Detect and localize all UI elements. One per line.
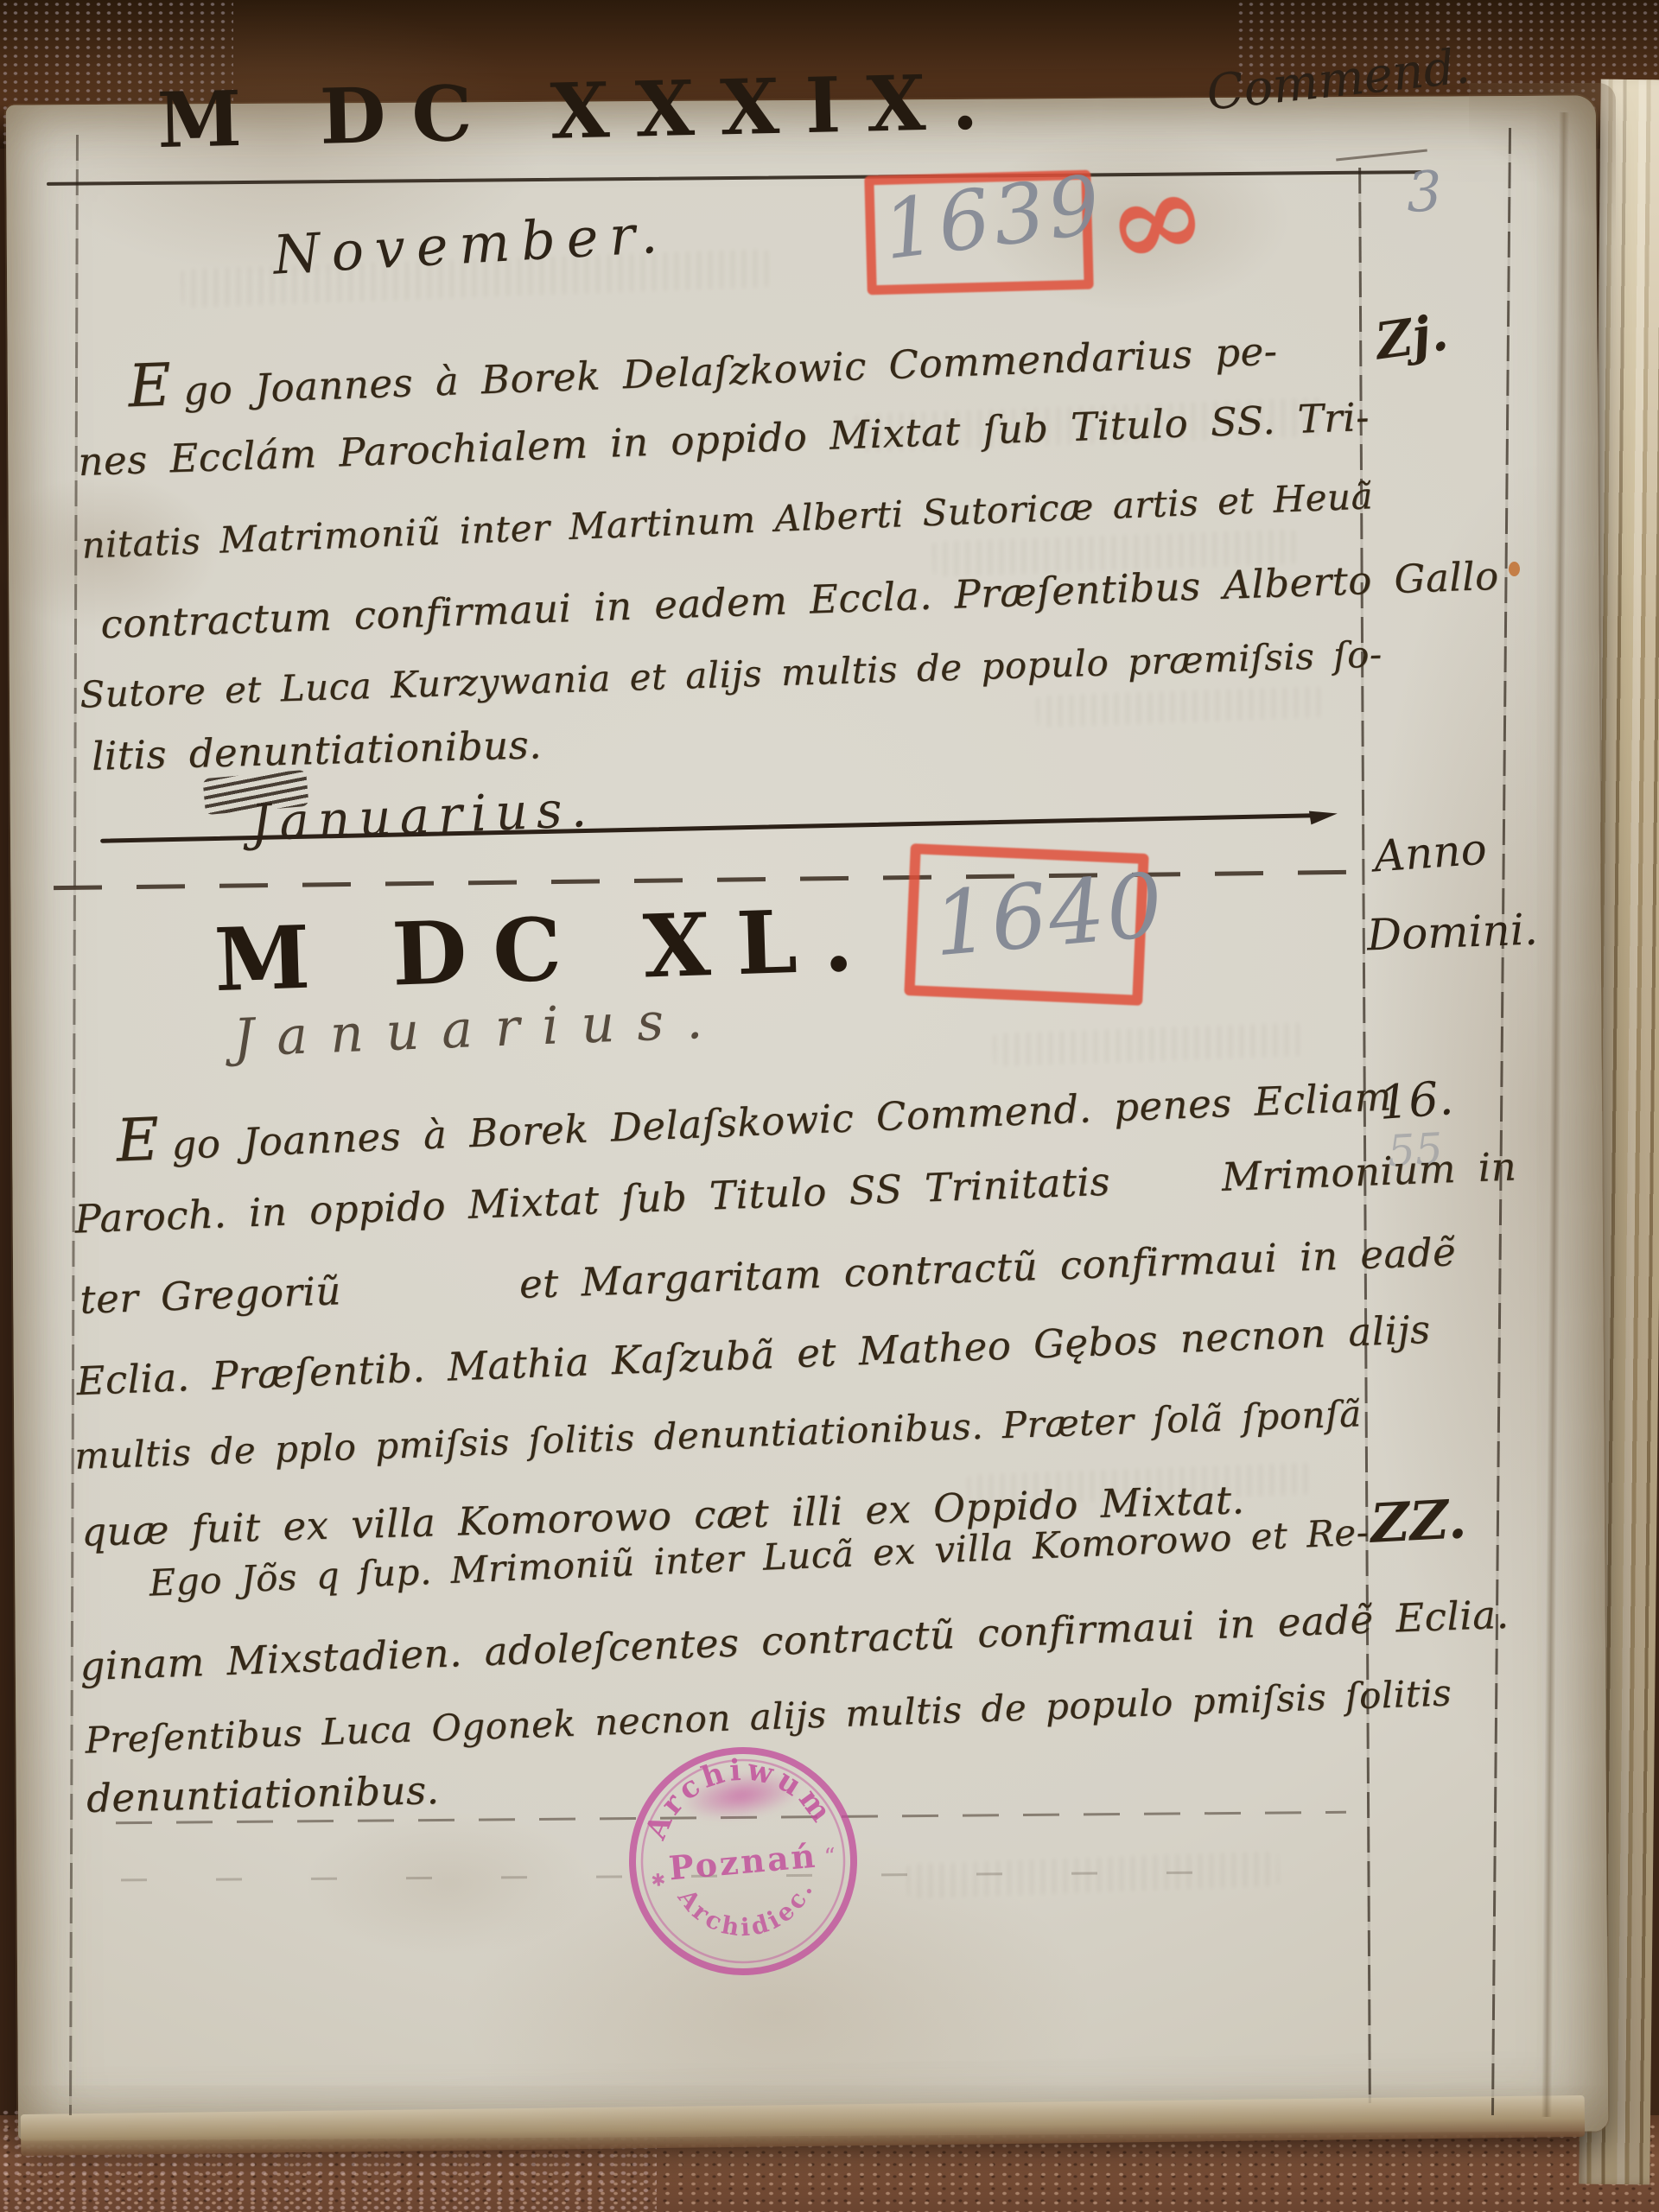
entry-1640b-line: denuntiationibus. — [86, 1767, 440, 1821]
margin-day-21: Zj. — [1372, 303, 1452, 372]
stamp-arc-top-text: Archiwum — [632, 1745, 842, 1847]
svg-text:Archiwum: Archiwum — [632, 1745, 842, 1847]
page-number-pencil: 3 — [1406, 160, 1443, 225]
archive-stamp: Archiwum Archidiec. Poznań ✱ “ — [613, 1732, 872, 1990]
entry-initial: E — [127, 351, 177, 421]
year-pencil-1640: 1640 — [929, 855, 1168, 977]
stamp-left-mark: ✱ — [650, 1869, 666, 1891]
margin-domini: Domini. — [1366, 905, 1539, 961]
entry-initial: E — [115, 1105, 166, 1175]
margin-day-22: ZZ. — [1369, 1487, 1468, 1555]
year-title-1639: M DC XXXIX. — [156, 56, 1005, 165]
margin-anno: Anno — [1372, 824, 1488, 882]
stamp-right-mark: “ — [823, 1844, 837, 1871]
margin-day-16: 16. — [1377, 1071, 1455, 1130]
manuscript-photo: M DC XXXIX. Commend. 3 November. 1639 ∞ … — [0, 0, 1659, 2212]
year-title-1640: M DC XL. — [213, 888, 880, 1011]
